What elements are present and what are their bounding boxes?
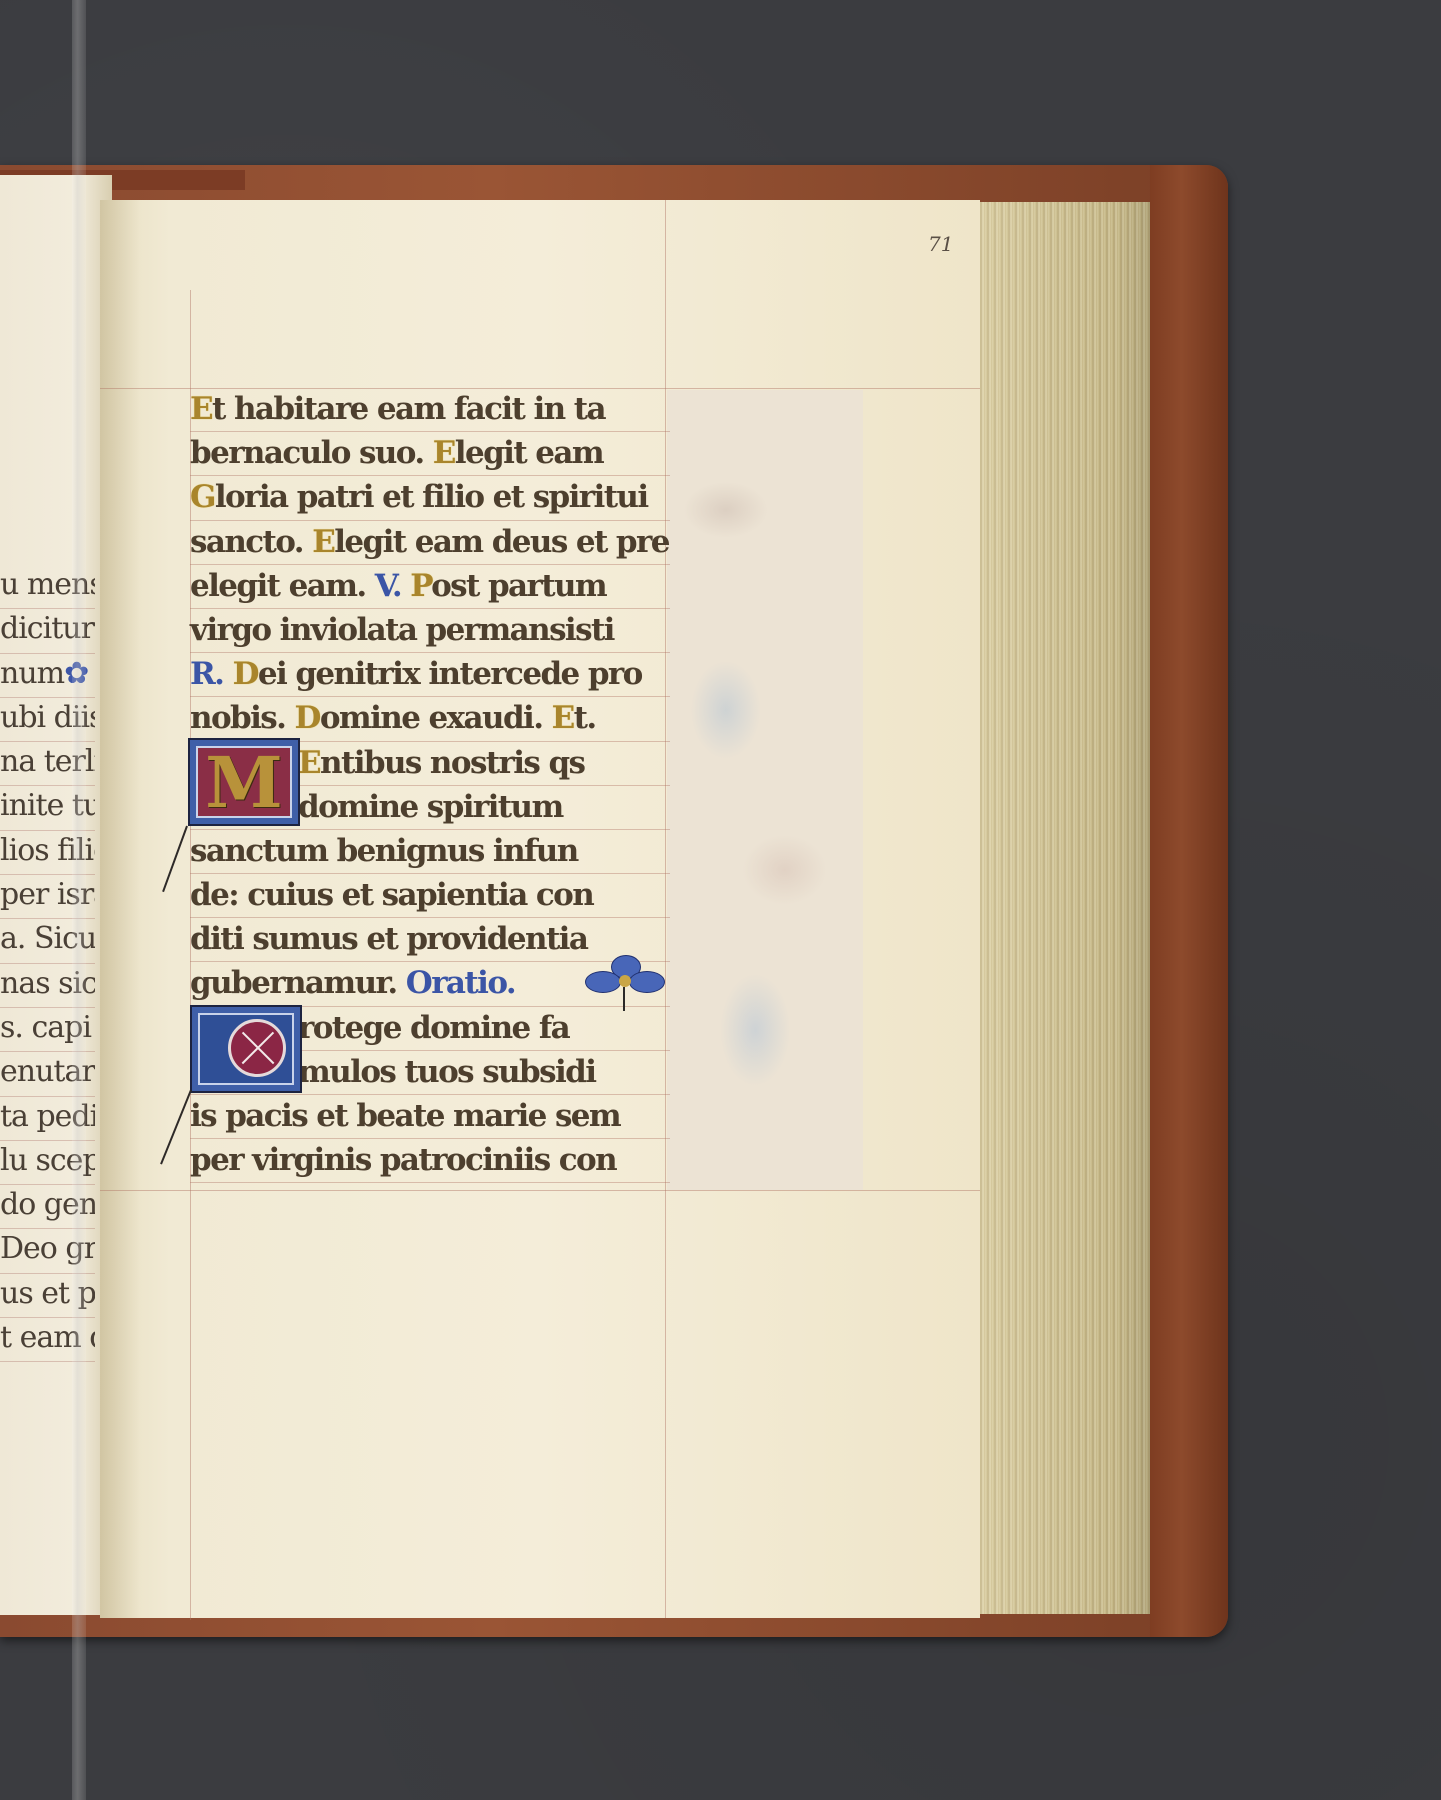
gold-capital: E (433, 435, 455, 471)
rubric-response: R. (190, 656, 233, 692)
text-line: is pacis et beate marie sem (190, 1095, 670, 1139)
line-text: rotege domine fa (298, 1010, 569, 1046)
initial-roundel (228, 1019, 286, 1077)
rubric-versicle: V. (375, 568, 410, 604)
text-line: elegit eam. V. Post partum (190, 565, 670, 609)
gold-capital: E (552, 700, 574, 736)
text-line: Et habitare eam facit in ta (190, 388, 670, 432)
line-text: omine exaudi. (320, 700, 552, 736)
line-text: sanctum benignus infun (190, 833, 578, 869)
glass-rod (72, 0, 86, 1800)
ruling-horizontal-bottom (100, 1190, 980, 1191)
line-text: legit eam (455, 435, 603, 471)
illuminated-initial-p (190, 1005, 302, 1093)
line-text: ei genitrix intercede pro (258, 656, 642, 692)
flower-petal (629, 971, 665, 993)
page-gutter-shadow (100, 200, 140, 1618)
folio-number: 71 (928, 232, 953, 256)
initial-letter: M (190, 740, 298, 824)
gold-capital: D (295, 700, 320, 736)
line-text: diti sumus et providentia (190, 921, 587, 957)
line-text: ost partum (431, 568, 606, 604)
flower-stem (623, 987, 625, 1011)
line-text: elegit eam. (190, 568, 375, 604)
text-line: nobis. Domine exaudi. Et. (190, 697, 670, 741)
flower-center (619, 975, 631, 987)
text-line: de: cuius et sapientia con (190, 874, 670, 918)
gold-capital: E (190, 391, 212, 427)
line-text: loria patri et filio et spiritui (215, 479, 648, 515)
line-text: ntibus nostris qs (320, 745, 584, 781)
line-text: mulos tuos subsidi (298, 1054, 595, 1090)
fore-edge-shading (978, 202, 1150, 1614)
illuminated-initial-m: M (188, 738, 300, 826)
left-page: u mense tu dicitur ho num✿ ubi diis te n… (0, 175, 112, 1615)
gold-capital: D (233, 656, 258, 692)
gold-capital: E (312, 524, 334, 560)
line-text: gubernamur. (190, 965, 406, 1001)
line-text: legit eam deus et pre (334, 524, 669, 560)
text-line: R. Dei genitrix intercede pro (190, 653, 670, 697)
line-text: virgo inviolata permansisti (190, 612, 614, 648)
line-text: bernaculo suo. (190, 435, 433, 471)
decorative-border-panel (667, 390, 863, 1190)
text-line: Gloria patri et filio et spiritui (190, 476, 670, 520)
line-text: nobis. (190, 700, 295, 736)
line-text: t habitare eam facit in ta (212, 391, 605, 427)
gold-capital: E (298, 745, 320, 781)
text-line: virgo inviolata permansisti (190, 609, 670, 653)
binding-fore-edge-turn-in (1150, 165, 1228, 1637)
text-line: sanctum benignus infun (190, 830, 670, 874)
text-line: bernaculo suo. Elegit eam (190, 432, 670, 476)
line-text: sancto. (190, 524, 312, 560)
left-line-text: num (0, 656, 64, 691)
gold-capital: P (410, 568, 431, 604)
rubric-oratio: Oratio. (406, 965, 515, 1001)
flower-petal (585, 971, 621, 993)
line-text: is pacis et beate marie sem (190, 1098, 620, 1134)
line-text: t. (574, 700, 596, 736)
blue-flower-ornament (585, 955, 665, 1015)
text-line: per virginis patrociniis con (190, 1139, 670, 1183)
text-line: sancto. Elegit eam deus et pre (190, 521, 670, 565)
gold-capital: G (190, 479, 215, 515)
line-text: de: cuius et sapientia con (190, 877, 593, 913)
line-text: domine spiritum (298, 789, 563, 825)
line-text: per virginis patrociniis con (190, 1142, 616, 1178)
